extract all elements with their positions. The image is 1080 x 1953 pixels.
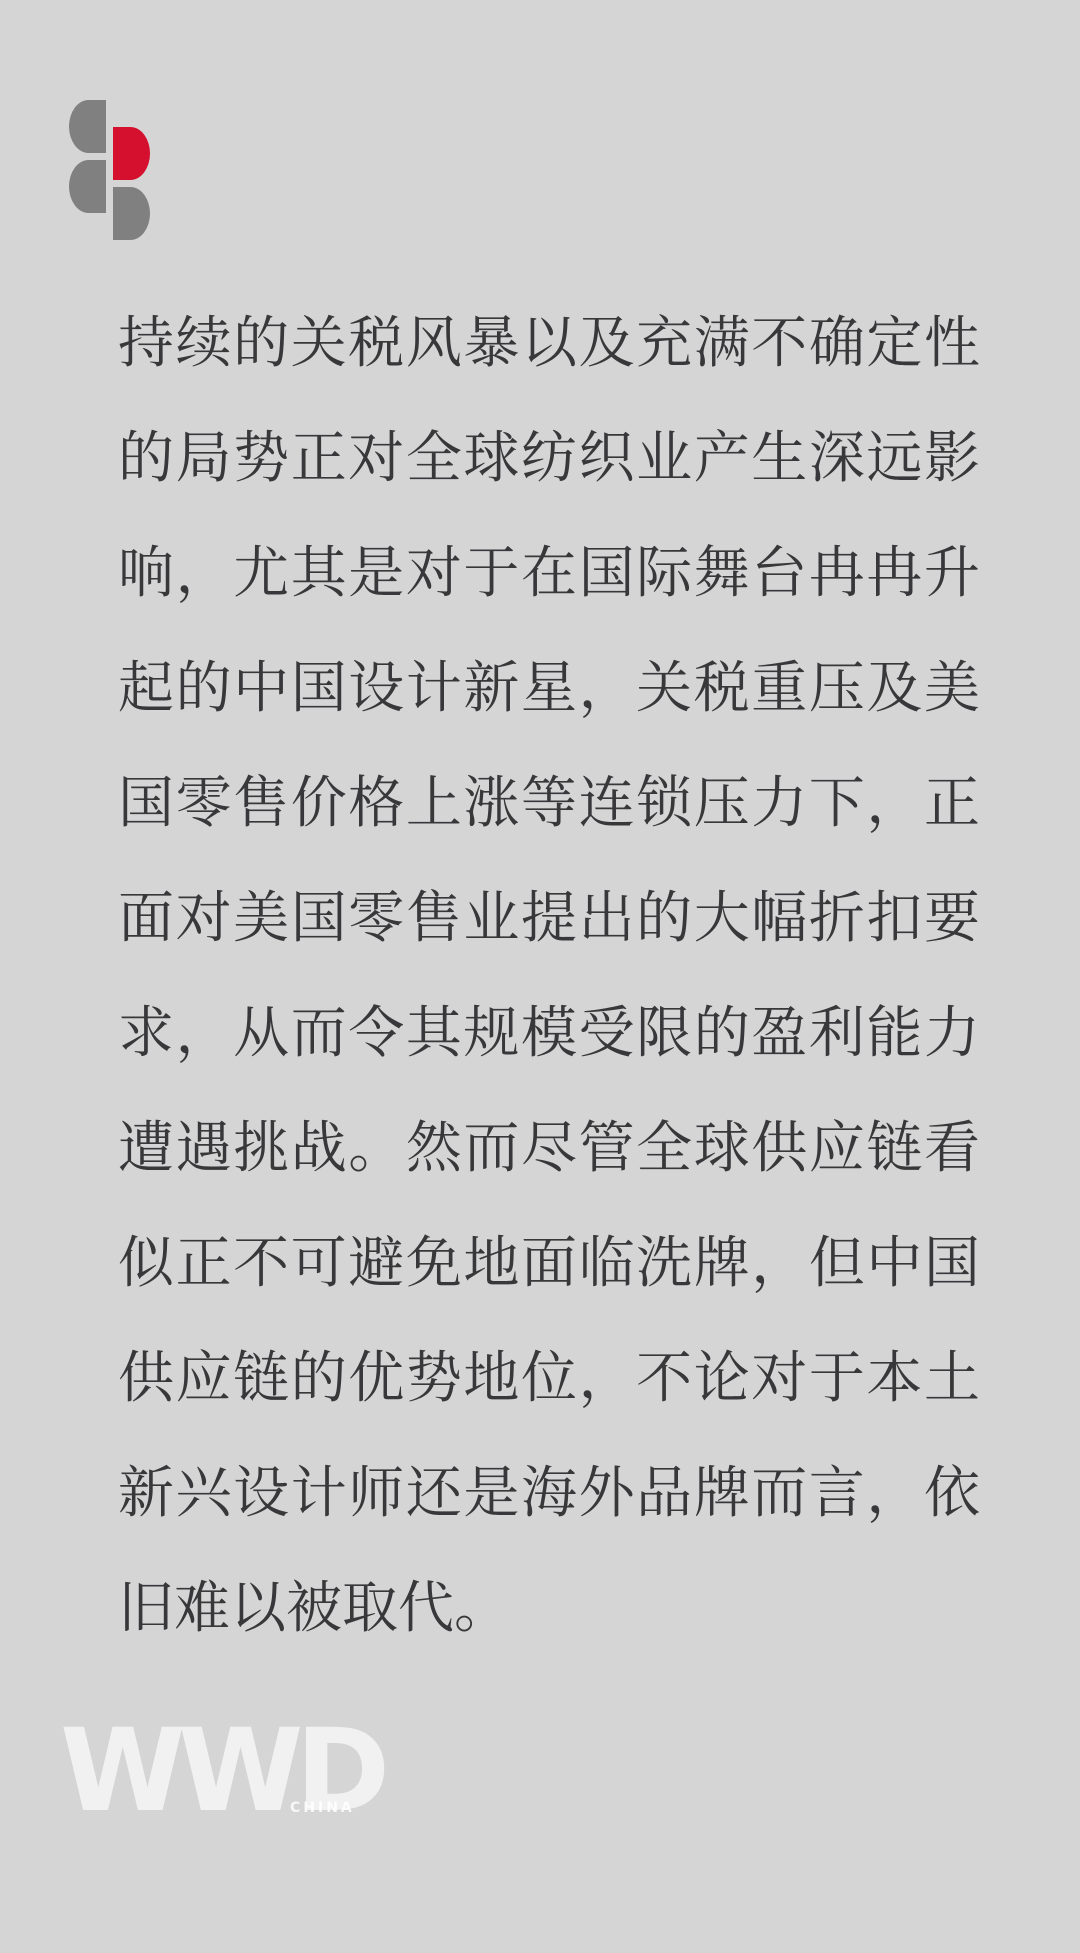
quote-petal-gray-bottom-right-icon <box>113 187 150 240</box>
quote-petal-red-top-right-icon <box>113 127 150 180</box>
wwd-china-logo: WWD CHINA <box>60 1721 370 1821</box>
quote-line-4: 起的中国设计新星，关税重压及美 <box>118 630 980 745</box>
quote-line-10: 供应链的优势地位，不论对于本土 <box>118 1320 980 1435</box>
quote-line-12: 旧难以被取代。 <box>118 1550 980 1665</box>
quote-line-3: 响，尤其是对于在国际舞台冉冉升 <box>118 515 980 630</box>
quote-line-5: 国零售价格上涨等连锁压力下，正 <box>118 745 980 860</box>
quote-line-6: 面对美国零售业提出的大幅折扣要 <box>118 860 980 975</box>
quote-line-7: 求，从而令其规模受限的盈利能力 <box>118 975 980 1090</box>
quote-line-9: 似正不可避免地面临洗牌，但中国 <box>118 1205 980 1320</box>
wwd-china-label: CHINA <box>290 1800 355 1816</box>
quote-mark-logo <box>69 100 150 242</box>
quote-line-1: 持续的关税风暴以及充满不确定性 <box>118 285 980 400</box>
quote-line-11: 新兴设计师还是海外品牌而言，依 <box>118 1435 980 1550</box>
quote-petal-gray-bottom-left-icon <box>69 160 106 213</box>
quote-line-8: 遭遇挑战。然而尽管全球供应链看 <box>118 1090 980 1205</box>
quote-line-2: 的局势正对全球纺织业产生深远影 <box>118 400 980 515</box>
quote-petal-gray-top-left-icon <box>69 100 106 153</box>
quote-paragraph: 持续的关税风暴以及充满不确定性 的局势正对全球纺织业产生深远影 响，尤其是对于在… <box>118 285 980 1665</box>
